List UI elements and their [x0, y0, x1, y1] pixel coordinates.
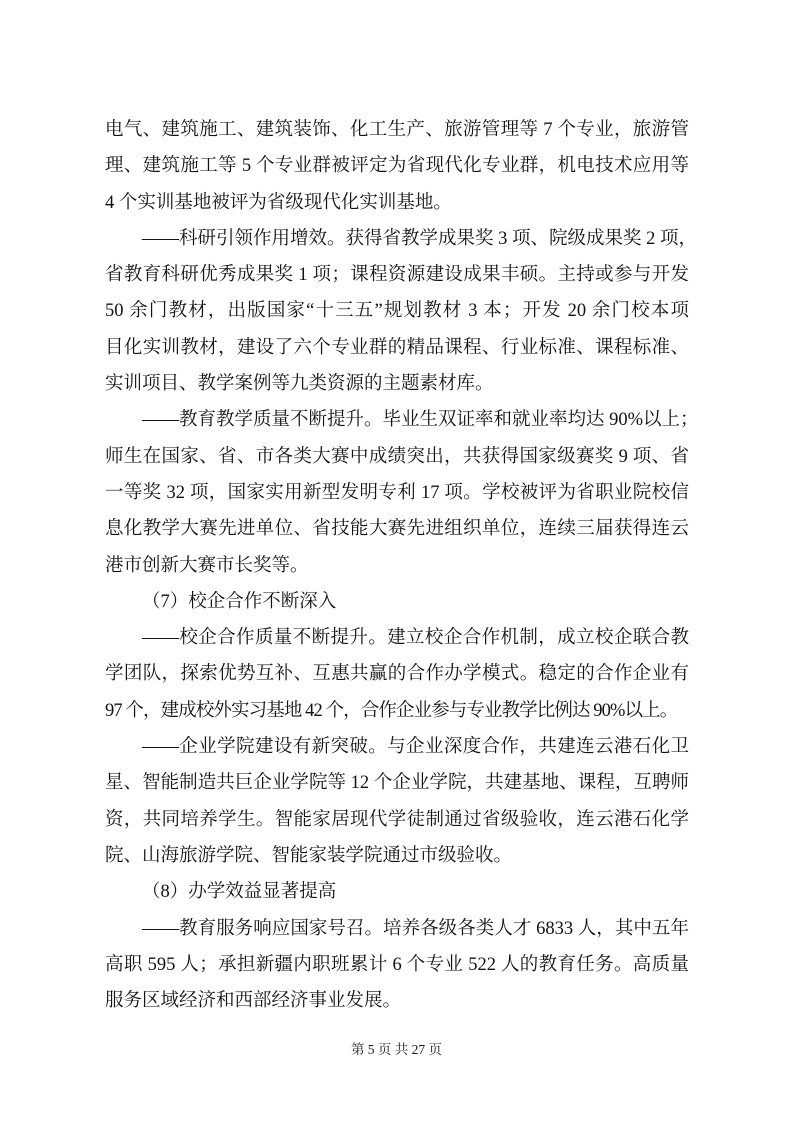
- paragraph: ——企业学院建设有新突破。与企业深度合作，共建连云港石化卫星、智能制造共巨企业学…: [105, 729, 689, 874]
- paragraph: ——教育服务响应国家号召。培养各级各类人才 6833 人，其中五年高职 595 …: [105, 911, 689, 1020]
- paragraph: ——科研引领作用增效。获得省教学成果奖 3 项、院级成果奖 2 项，省教育科研优…: [105, 221, 689, 402]
- text-line: 实训项目、教学案例等九类资源的主题素材库。: [105, 366, 689, 402]
- text-line: 息化教学大赛先进单位、省技能大赛先进组织单位，连续三届获得连云: [105, 511, 689, 547]
- section-heading: （7）校企合作不断深入: [105, 584, 689, 620]
- text-line: 师生在国家、省、市各类大赛中成绩突出，共获得国家级赛奖 9 项、省: [105, 439, 689, 475]
- text-line: 服务区域经济和西部经济事业发展。: [105, 983, 689, 1019]
- heading-line: （7）校企合作不断深入: [105, 584, 689, 620]
- text-line: 港市创新大赛市长奖等。: [105, 548, 689, 584]
- text-line: 星、智能制造共巨企业学院等 12 个企业学院，共建基地、课程，互聘师: [105, 765, 689, 801]
- document-body: 电气、建筑施工、建筑装饰、化工生产、旅游管理等 7 个专业，旅游管理、建筑施工等…: [105, 112, 689, 1019]
- text-line: 资，共同培养学生。智能家居现代学徒制通过省级验收，连云港石化学: [105, 802, 689, 838]
- text-line: 省教育科研优秀成果奖 1 项；课程资源建设成果丰硕。主持或参与开发: [105, 257, 689, 293]
- page-number: 第 5 页 共 27 页: [351, 1042, 442, 1057]
- text-line: 97 个，建成校外实习基地 42 个，合作企业参与专业教学比例达 90%以上。: [105, 693, 689, 729]
- text-line: 50 余门教材，出版国家“十三五”规划教材 3 本；开发 20 余门校本项: [105, 293, 689, 329]
- document-page: 电气、建筑施工、建筑装饰、化工生产、旅游管理等 7 个专业，旅游管理、建筑施工等…: [0, 0, 793, 1122]
- text-line: 院、山海旅游学院、智能家装学院通过市级验收。: [105, 838, 689, 874]
- paragraph: ——教育教学质量不断提升。毕业生双证率和就业率均达 90%以上；师生在国家、省、…: [105, 402, 689, 583]
- text-line: 目化实训教材，建设了六个专业群的精品课程、行业标准、课程标准、: [105, 330, 689, 366]
- text-line: 电气、建筑施工、建筑装饰、化工生产、旅游管理等 7 个专业，旅游管: [105, 112, 689, 148]
- heading-line: （8）办学效益显著提高: [105, 874, 689, 910]
- text-line: ——校企合作质量不断提升。建立校企合作机制，成立校企联合教: [105, 620, 689, 656]
- paragraph: ——校企合作质量不断提升。建立校企合作机制，成立校企联合教学团队，探索优势互补、…: [105, 620, 689, 729]
- text-line: ——企业学院建设有新突破。与企业深度合作，共建连云港石化卫: [105, 729, 689, 765]
- text-line: 高职 595 人；承担新疆内职班累计 6 个专业 522 人的教育任务。高质量: [105, 947, 689, 983]
- text-line: 理、建筑施工等 5 个专业群被评定为省现代化专业群，机电技术应用等: [105, 148, 689, 184]
- text-line: ——科研引领作用增效。获得省教学成果奖 3 项、院级成果奖 2 项，: [105, 221, 689, 257]
- page-footer: 第 5 页 共 27 页: [0, 1040, 793, 1060]
- text-line: 学团队，探索优势互补、互惠共赢的合作办学模式。稳定的合作企业有: [105, 656, 689, 692]
- text-line: ——教育教学质量不断提升。毕业生双证率和就业率均达 90%以上；: [105, 402, 689, 438]
- text-line: 一等奖 32 项，国家实用新型发明专利 17 项。学校被评为省职业院校信: [105, 475, 689, 511]
- section-heading: （8）办学效益显著提高: [105, 874, 689, 910]
- paragraph: 电气、建筑施工、建筑装饰、化工生产、旅游管理等 7 个专业，旅游管理、建筑施工等…: [105, 112, 689, 221]
- text-line: ——教育服务响应国家号召。培养各级各类人才 6833 人，其中五年: [105, 911, 689, 947]
- text-line: 4 个实训基地被评为省级现代化实训基地。: [105, 185, 689, 221]
